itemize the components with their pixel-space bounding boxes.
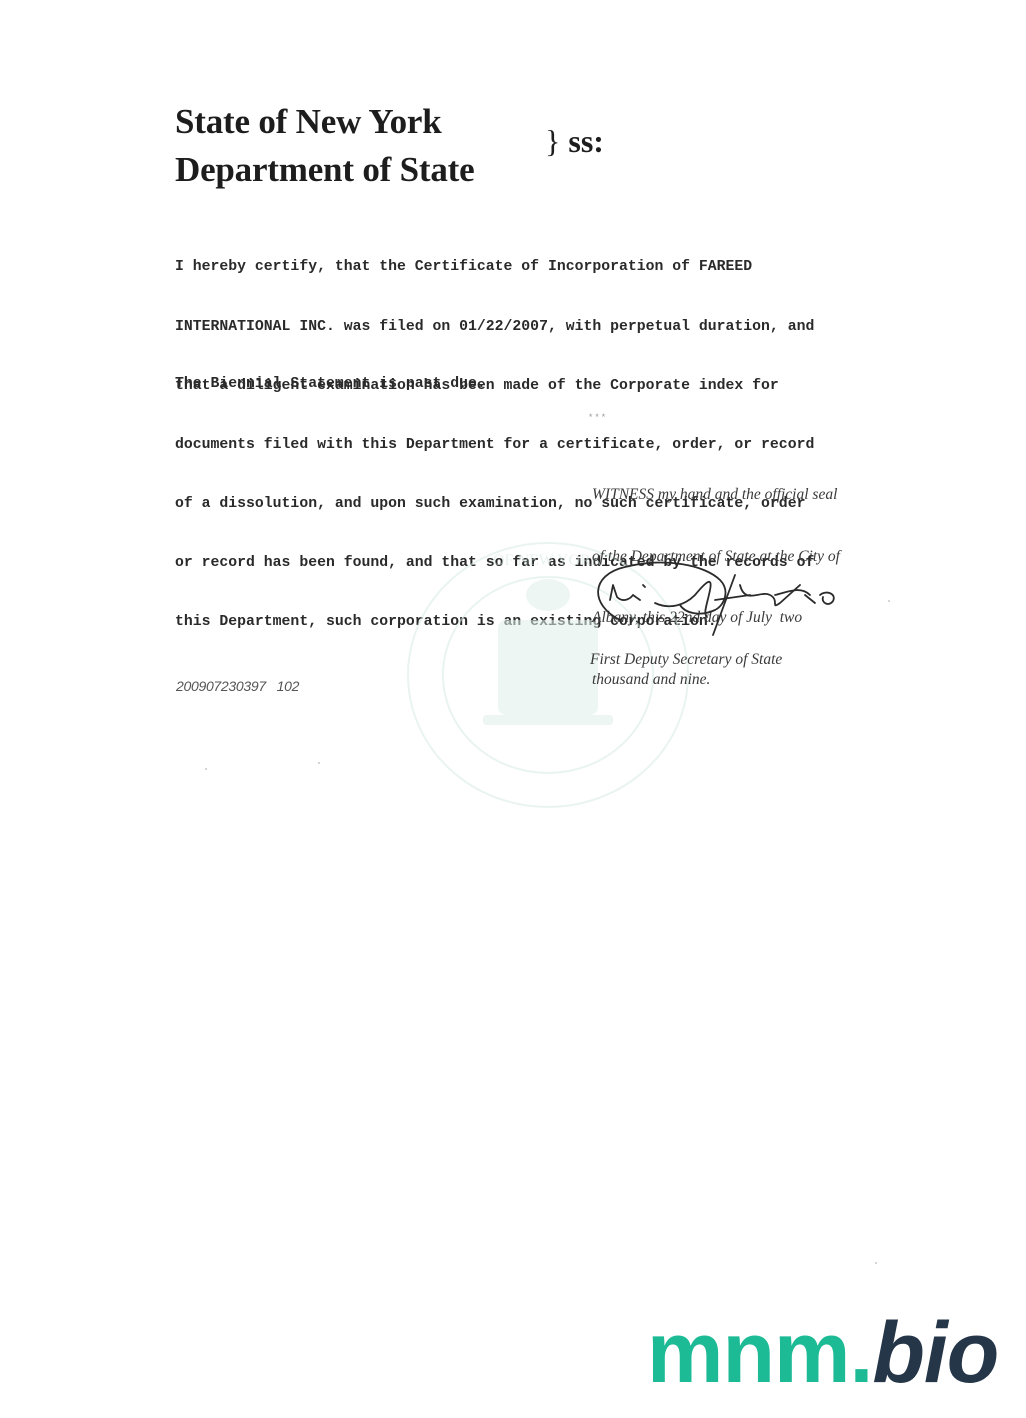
- separator: ***: [588, 413, 607, 423]
- witness-line: thousand and nine.: [592, 670, 892, 691]
- heading-state: State of New York: [175, 98, 474, 146]
- ss-label: ss:: [568, 123, 604, 159]
- watermark-part1: mnm.: [647, 1305, 872, 1401]
- scan-speck: [875, 1262, 877, 1264]
- ss-notation: }ss:: [545, 123, 604, 160]
- brace-icon: }: [545, 123, 560, 159]
- certification-line: I hereby certify, that the Certificate o…: [175, 258, 975, 278]
- signature-icon: [585, 555, 855, 645]
- signatory-title: First Deputy Secretary of State: [590, 651, 782, 669]
- watermark-part2: bio: [872, 1305, 998, 1401]
- document-heading: State of New York Department of State: [175, 98, 474, 194]
- witness-line: WITNESS my hand and the official seal: [592, 485, 892, 506]
- heading-department: Department of State: [175, 146, 474, 194]
- document-number: 200907230397 102: [176, 678, 299, 694]
- scan-speck: [318, 762, 320, 764]
- scan-speck: [888, 600, 890, 602]
- biennial-note: The Biennial Statement is past due.: [175, 376, 486, 392]
- certification-line: INTERNATIONAL INC. was filed on 01/22/20…: [175, 318, 975, 338]
- watermark-logo: mnm.bio: [647, 1303, 998, 1403]
- scan-speck: [205, 768, 207, 770]
- certificate-page: State of New York Department of State }s…: [0, 0, 1026, 1418]
